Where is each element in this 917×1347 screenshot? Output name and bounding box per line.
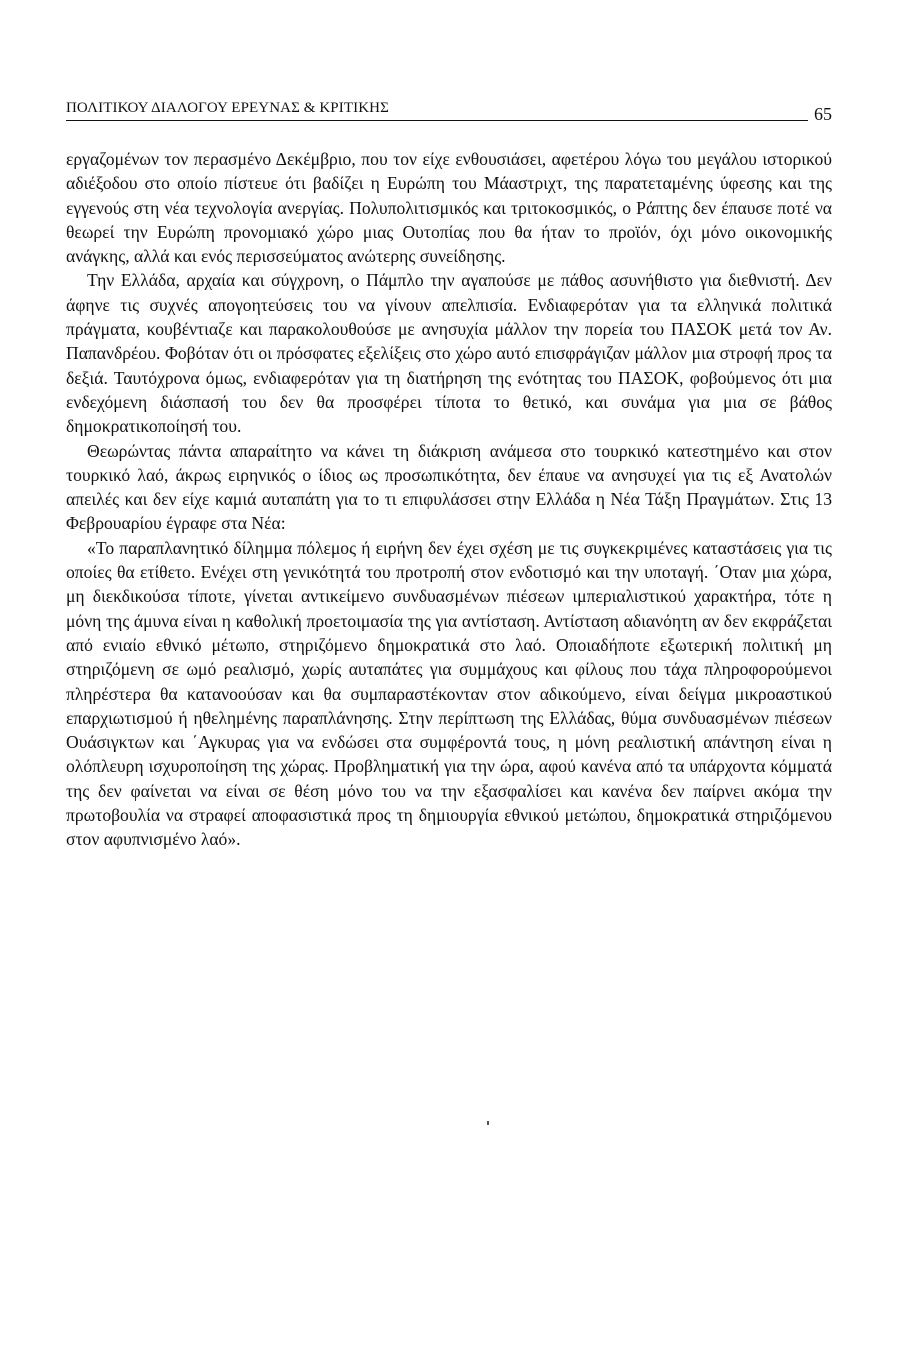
body-text: εργαζομένων τον περασμένο Δεκέμβριο, που… (66, 147, 832, 852)
running-title: ΠΟΛΙΤΙΚΟΥ ΔΙΑΛΟΓΟΥ ΕΡΕΥΝΑΣ & ΚΡΙΤΙΚΗΣ (66, 100, 389, 117)
document-page: ΠΟΛΙΤΙΚΟΥ ΔΙΑΛΟΓΟΥ ΕΡΕΥΝΑΣ & ΚΡΙΤΙΚΗΣ 65… (0, 0, 917, 1347)
page-number: 65 (814, 104, 832, 125)
paragraph-continuation: εργαζομένων τον περασμένο Δεκέμβριο, που… (66, 147, 832, 268)
running-header: ΠΟΛΙΤΙΚΟΥ ΔΙΑΛΟΓΟΥ ΕΡΕΥΝΑΣ & ΚΡΙΤΙΚΗΣ 65 (66, 98, 832, 126)
scan-artifact (487, 1121, 489, 1125)
header-rule (66, 120, 808, 121)
paragraph: Θεωρώντας πάντα απαραίτητο να κάνει τη δ… (66, 439, 832, 536)
paragraph: Την Ελλάδα, αρχαία και σύγχρονη, ο Πάμπλ… (66, 268, 832, 438)
quoted-paragraph: «Το παραπλανητικό δίλημμα πόλεμος ή ειρή… (66, 536, 832, 852)
